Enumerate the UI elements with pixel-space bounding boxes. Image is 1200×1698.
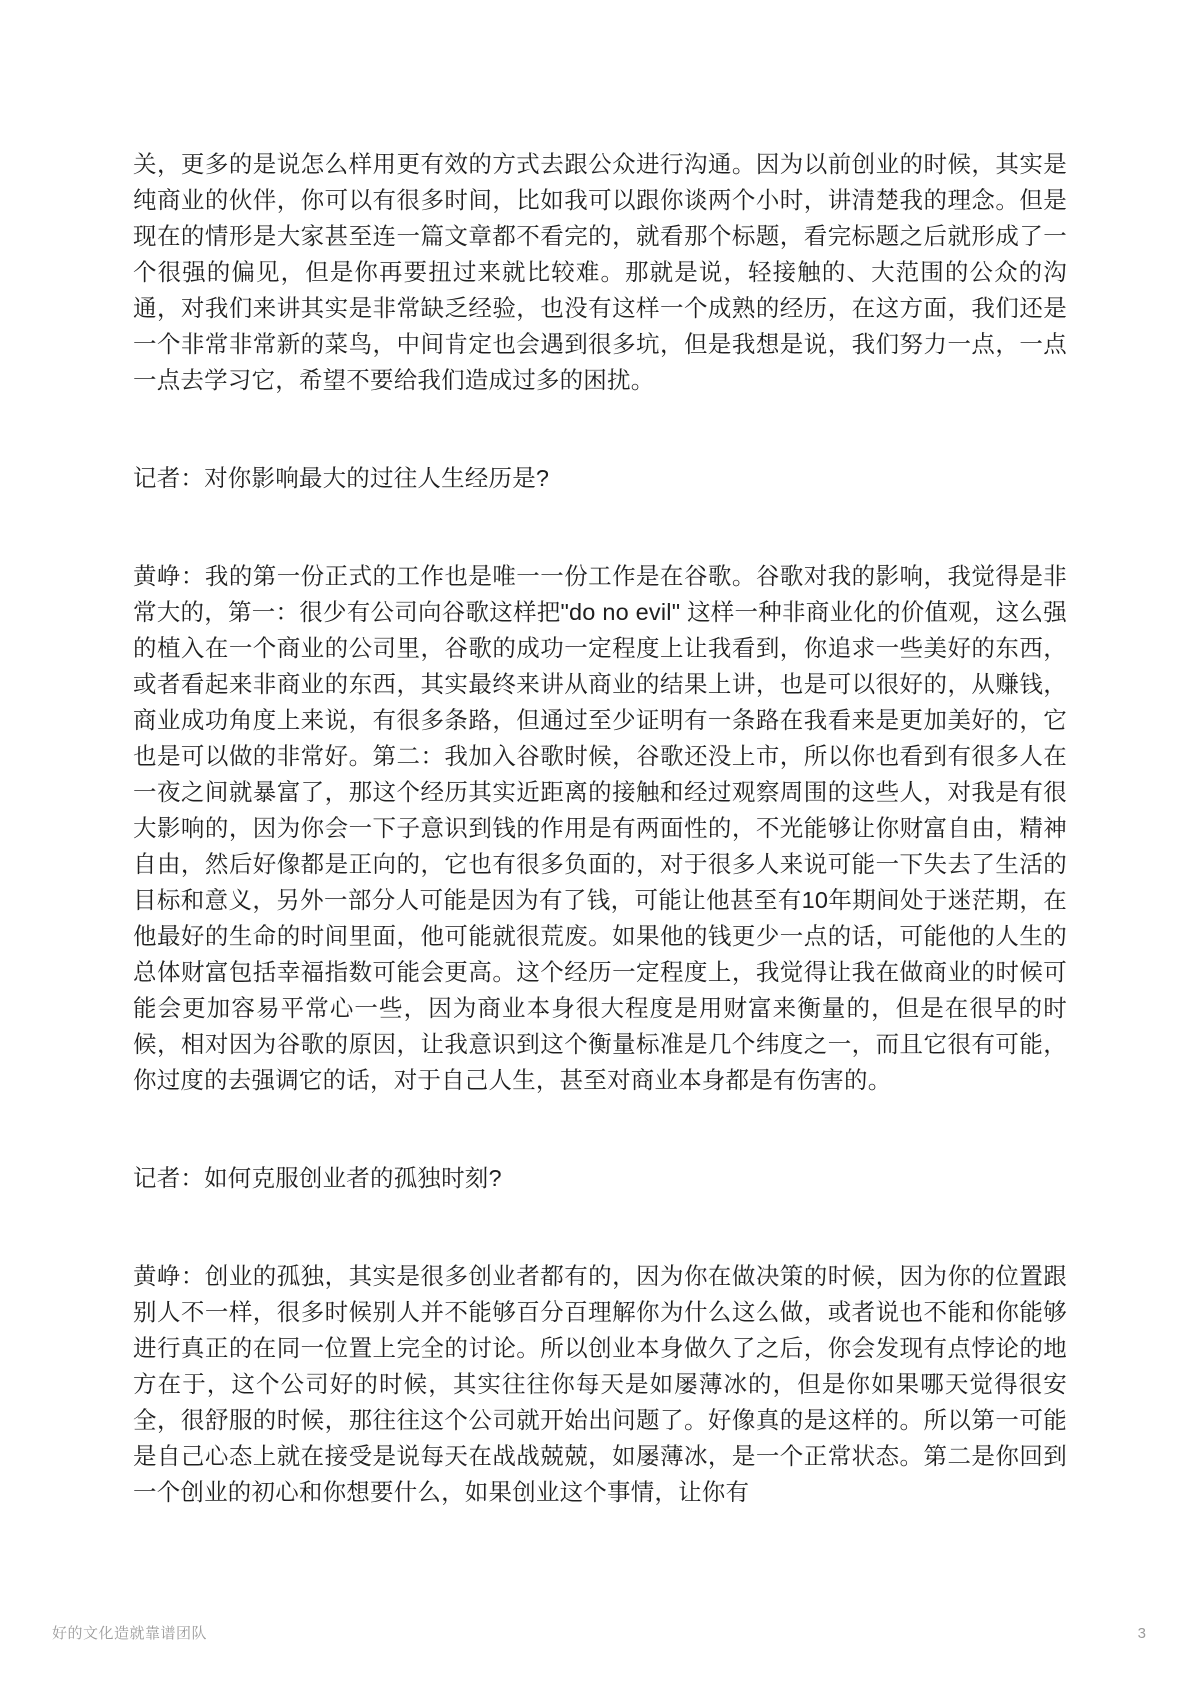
paragraph-answer-continuation: 关，更多的是说怎么样用更有效的方式去跟公众进行沟通。因为以前创业的时候，其实是纯…	[133, 146, 1067, 398]
paragraph-answer-loneliness: 黄峥：创业的孤独，其实是很多创业者都有的，因为你在做决策的时候，因为你的位置跟别…	[133, 1258, 1067, 1510]
interview-transcript: 关，更多的是说怎么样用更有效的方式去跟公众进行沟通。因为以前创业的时候，其实是纯…	[133, 146, 1067, 1510]
footer-slogan: 好的文化造就靠谱团队	[52, 1622, 207, 1643]
reporter-question-1: 记者：对你影响最大的过往人生经历是?	[133, 460, 1067, 496]
page-footer: 好的文化造就靠谱团队 3	[52, 1622, 1146, 1643]
document-page: 关，更多的是说怎么样用更有效的方式去跟公众进行沟通。因为以前创业的时候，其实是纯…	[0, 0, 1200, 1698]
reporter-question-2: 记者：如何克服创业者的孤独时刻?	[133, 1160, 1067, 1196]
page-number: 3	[1138, 1625, 1146, 1642]
paragraph-answer-google: 黄峥：我的第一份正式的工作也是唯一一份工作是在谷歌。谷歌对我的影响，我觉得是非常…	[133, 558, 1067, 1098]
